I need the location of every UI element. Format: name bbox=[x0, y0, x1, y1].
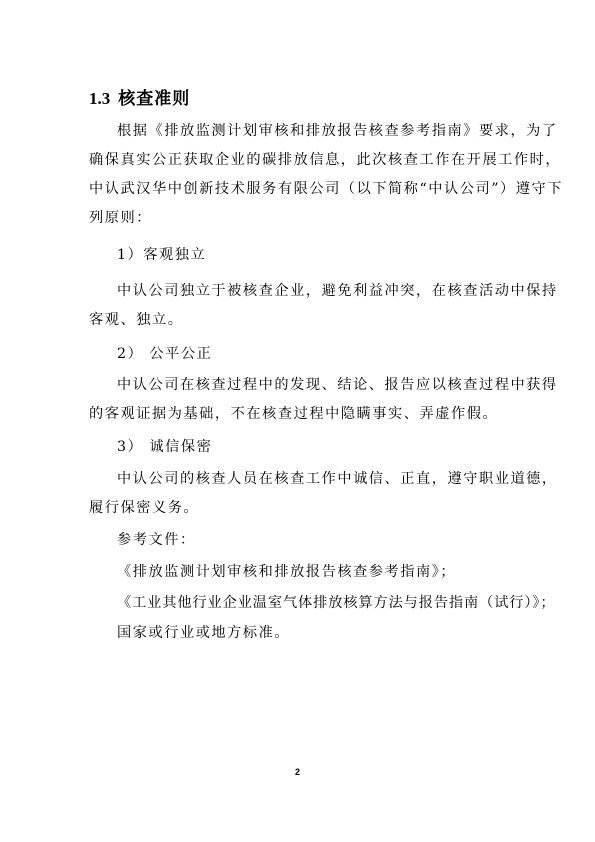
principle-label: 2） 公平公正 bbox=[117, 344, 537, 364]
section-title: 核查准则 bbox=[118, 89, 190, 109]
reference-item: 国家或行业或地方标准。 bbox=[117, 623, 537, 643]
principle-text: 中认公司独立于被核查企业，避免利益冲突，在核查活动中保持 bbox=[117, 281, 537, 301]
reference-item: 《排放监测计划审核和排放报告核查参考指南》； bbox=[117, 562, 537, 582]
intro-line: 列原则： bbox=[89, 208, 509, 228]
principle-text: 履行保密义务。 bbox=[89, 498, 509, 518]
principle-text: 的客观证据为基础，不在核查过程中隐瞒事实、弄虚作假。 bbox=[89, 404, 509, 424]
reference-item: 《工业其他行业企业温室气体排放核算方法与报告指南（试行）》； bbox=[117, 593, 537, 613]
intro-line: 中认武汉华中创新技术服务有限公司（以下简称“中认公司”）遵守下 bbox=[89, 179, 509, 199]
section-number: 1.3 bbox=[89, 89, 110, 108]
principle-text: 中认公司的核查人员在核查工作中诚信、正直，遵守职业道德， bbox=[117, 469, 537, 489]
intro-line: 确保真实公正获取企业的碳排放信息，此次核查工作在开展工作时， bbox=[89, 150, 509, 170]
intro-line: 根据《排放监测计划审核和排放报告核查参考指南》要求，为了 bbox=[117, 121, 537, 141]
principle-text: 中认公司在核查过程中的发现、结论、报告应以核查过程中获得 bbox=[117, 375, 537, 395]
references-label: 参考文件： bbox=[117, 530, 537, 550]
page-number: 2 bbox=[0, 767, 595, 777]
principle-label: 3） 诚信保密 bbox=[117, 437, 537, 457]
principle-text: 客观、独立。 bbox=[89, 310, 509, 330]
principle-label: 1）客观独立 bbox=[117, 245, 537, 265]
section-heading: 1.3核查准则 bbox=[89, 84, 190, 109]
